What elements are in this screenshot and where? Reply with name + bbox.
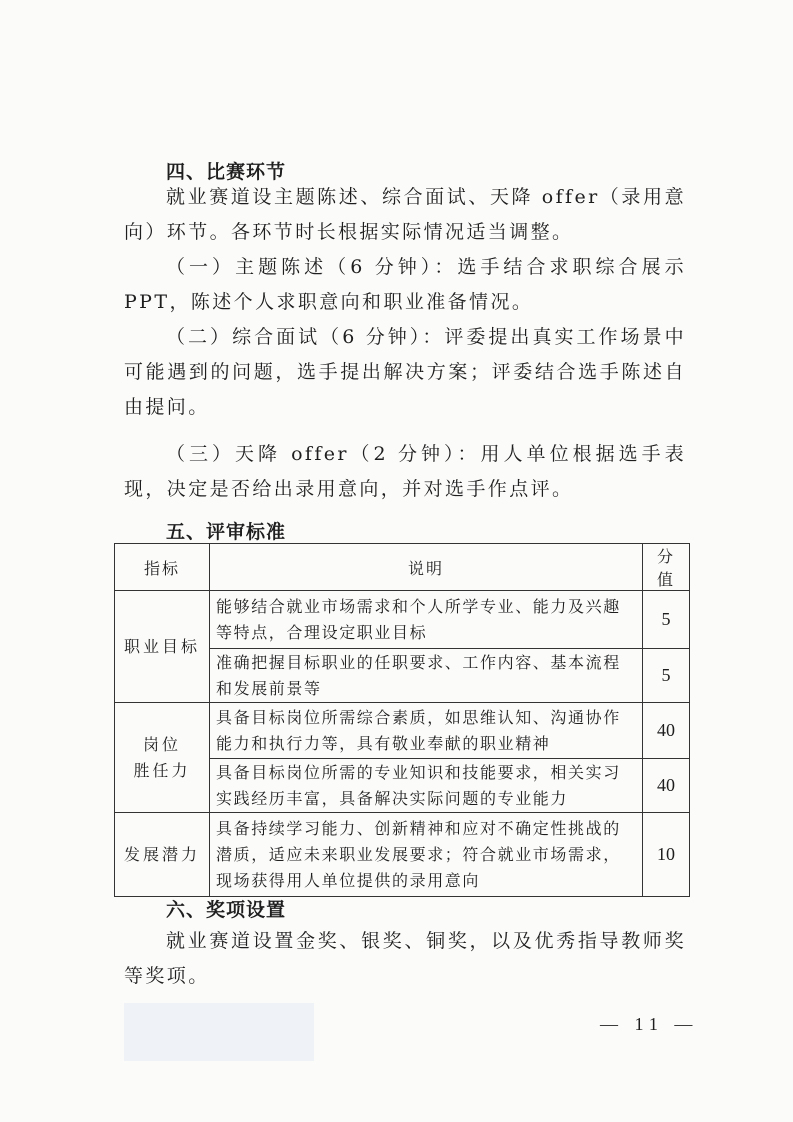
judging-criteria-table: 指标 说明 分值 职业目标 能够结合就业市场需求和个人所学专业、能力及兴趣等特点… [114,543,690,897]
section-heading-judging-criteria: 五、评审标准 [166,517,286,544]
table-row: 发展潜力 具备持续学习能力、创新精神和应对不确定性挑战的潜质，适应未来职业发展要… [115,813,690,897]
table-row: 岗位 胜任力 具备目标岗位所需综合素质，如思维认知、沟通协作能力和执行力等，具有… [115,703,690,759]
criterion-description: 具备持续学习能力、创新精神和应对不确定性挑战的潜质，适应未来职业发展要求；符合就… [210,813,643,897]
paragraph-stage-interview: （二）综合面试（6 分钟）：评委提出真实工作场景中可能遇到的问题，选手提出解决方… [124,320,686,425]
indicator-job-competency: 岗位 胜任力 [115,703,210,813]
paragraph-awards: 就业赛道设置金奖、银奖、铜奖，以及优秀指导教师奖等奖项。 [124,924,686,994]
paragraph-stage-offer: （三）天降 offer（2 分钟）：用人单位根据选手表现，决定是否给出录用意向，… [124,437,686,507]
paragraph-stages-intro: 就业赛道设主题陈述、综合面试、天降 offer（录用意向）环节。各环节时长根据实… [124,180,686,250]
indicator-line: 胜任力 [121,758,203,784]
criterion-score: 5 [643,591,690,649]
header-score: 分值 [643,544,690,591]
criterion-description: 能够结合就业市场需求和个人所学专业、能力及兴趣等特点，合理设定职业目标 [210,591,643,649]
indicator-line: 岗位 [121,732,203,758]
header-description: 说明 [210,544,643,591]
paragraph-stage-theme-presentation: （一）主题陈述（6 分钟）：选手结合求职综合展示 PPT，陈述个人求职意向和职业… [124,250,686,320]
criterion-score: 10 [643,813,690,897]
document-page: 四、比赛环节 就业赛道设主题陈述、综合面试、天降 offer（录用意向）环节。各… [0,0,793,1122]
indicator-development-potential: 发展潜力 [115,813,210,897]
table-row: 职业目标 能够结合就业市场需求和个人所学专业、能力及兴趣等特点，合理设定职业目标… [115,591,690,649]
criterion-description: 具备目标岗位所需的专业知识和技能要求，相关实习实践经历丰富，具备解决实际问题的专… [210,759,643,813]
section-heading-awards: 六、奖项设置 [166,895,286,922]
criterion-description: 具备目标岗位所需综合素质，如思维认知、沟通协作能力和执行力等，具有敬业奉献的职业… [210,703,643,759]
indicator-career-goal: 职业目标 [115,591,210,703]
criterion-description: 准确把握目标职业的任职要求、工作内容、基本流程和发展前景等 [210,649,643,703]
faded-stamp-mark [124,1003,314,1061]
criterion-score: 40 [643,703,690,759]
header-indicator: 指标 [115,544,210,591]
page-number: — 11 — [600,1014,698,1035]
criterion-score: 40 [643,759,690,813]
table-header-row: 指标 说明 分值 [115,544,690,591]
criterion-score: 5 [643,649,690,703]
